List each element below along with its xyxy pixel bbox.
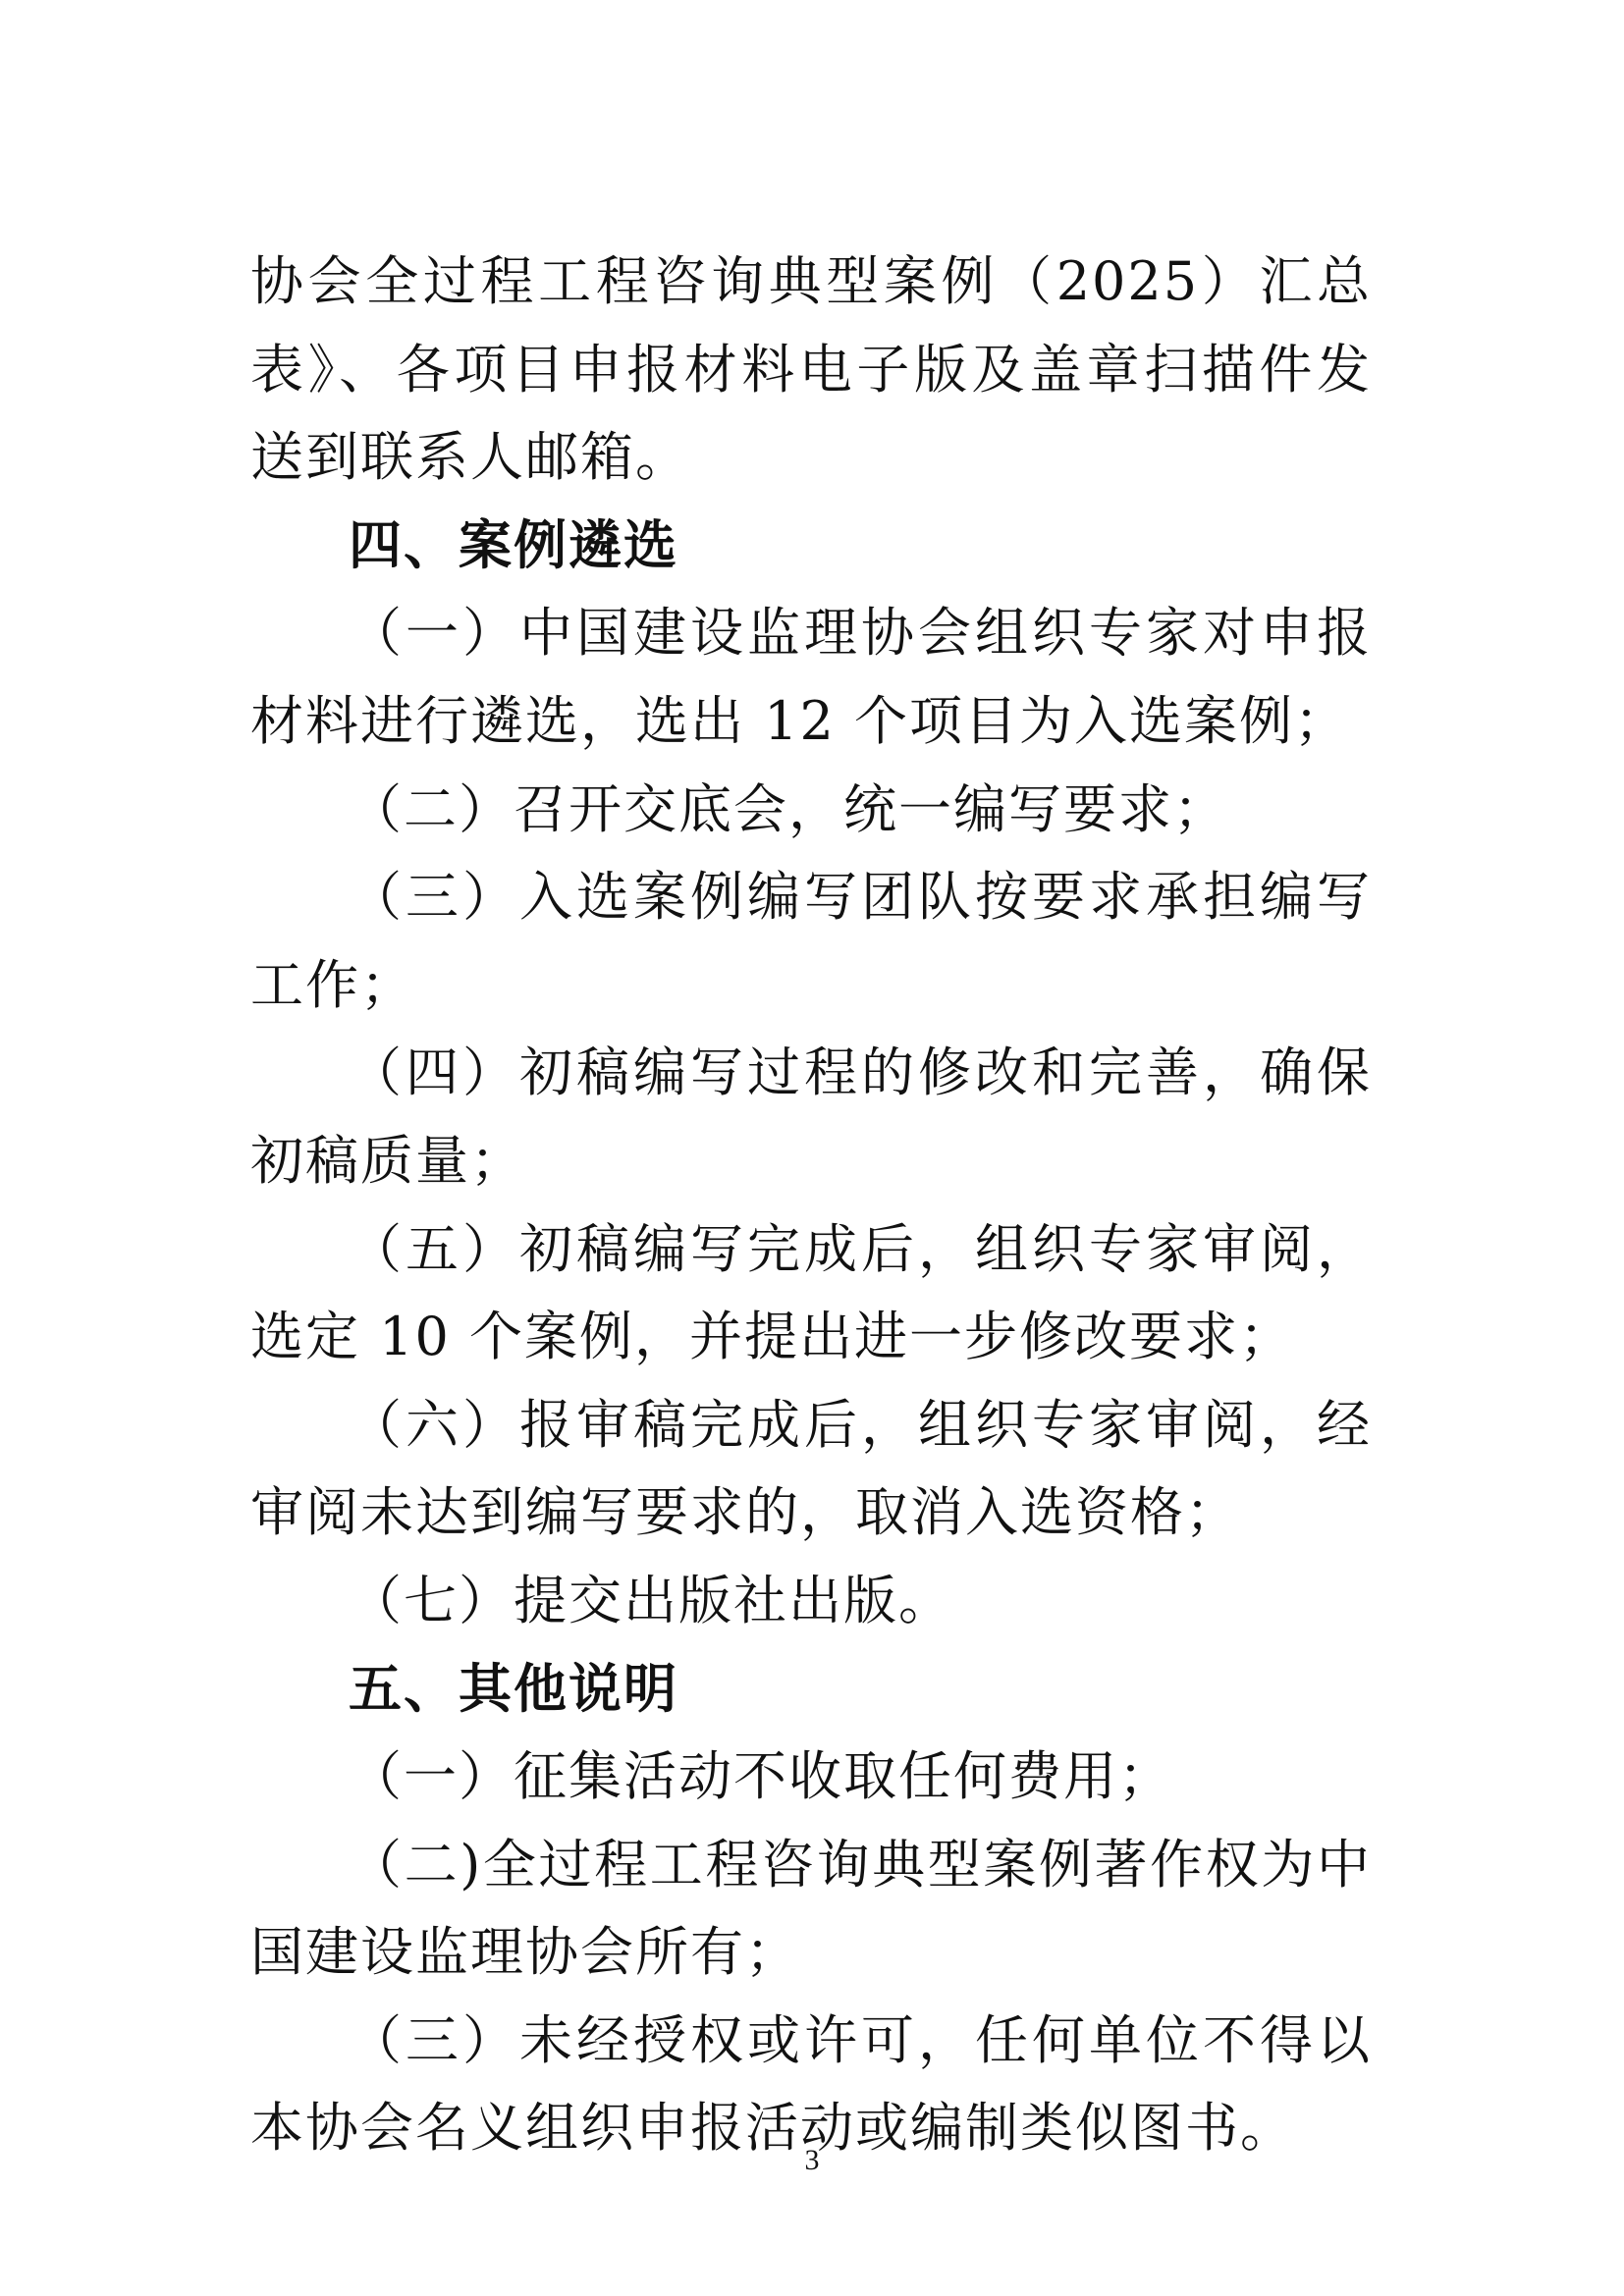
list-item: （三）入选案例编写团队按要求承担编写工作； [250,853,1372,1029]
list-item: （一）中国建设监理协会组织专家对申报材料进行遴选，选出 12 个项目为入选案例； [250,589,1372,765]
section-heading-case-selection: 四、案例遴选 [250,502,1372,590]
page-number: 3 [0,2144,1624,2177]
continuation-paragraph: 协会全过程工程咨询典型案例（2025）汇总表》、各项目申报材料电子版及盖章扫描件… [250,238,1372,502]
list-item: （一）征集活动不收取任何费用； [250,1733,1372,1821]
list-item: （二）召开交底会，统一编写要求； [250,766,1372,854]
list-item: （七）提交出版社出版。 [250,1557,1372,1645]
list-item: （六）报审稿完成后，组织专家审阅，经审阅未达到编写要求的，取消入选资格； [250,1381,1372,1557]
document-page: 协会全过程工程咨询典型案例（2025）汇总表》、各项目申报材料电子版及盖章扫描件… [0,0,1624,2296]
list-item: （五）初稿编写完成后，组织专家审阅，选定 10 个案例，并提出进一步修改要求； [250,1205,1372,1381]
list-item: （四）初稿编写过程的修改和完善，确保初稿质量； [250,1029,1372,1204]
page-body: 协会全过程工程咨询典型案例（2025）汇总表》、各项目申报材料电子版及盖章扫描件… [250,238,1372,2172]
list-item: （二)全过程工程咨询典型案例著作权为中国建设监理协会所有； [250,1821,1372,1997]
section-heading-other-notes: 五、其他说明 [250,1645,1372,1734]
